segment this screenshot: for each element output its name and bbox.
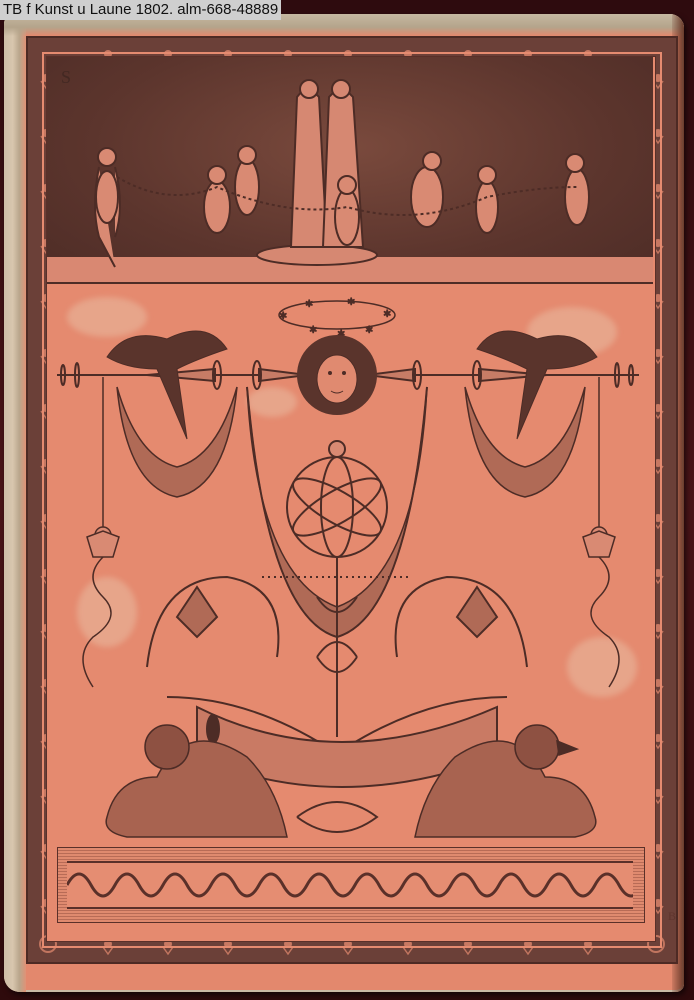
mask-face	[297, 335, 377, 415]
svg-text:✶: ✶	[383, 309, 391, 320]
svg-text:✶: ✶	[365, 325, 373, 336]
plate-mark-b: B	[668, 909, 676, 924]
svg-text:✶: ✶	[309, 325, 317, 336]
svg-text:✶: ✶	[305, 299, 313, 310]
two-muses-statue	[257, 80, 377, 265]
wave-frieze	[67, 861, 633, 909]
spine-edge	[4, 14, 26, 992]
image-caption-label: TB f Kunst u Laune 1802. alm-668-48889	[0, 0, 281, 20]
intertwined-tails	[297, 802, 377, 832]
wave-pattern	[67, 863, 633, 907]
drapery-swags	[117, 387, 585, 637]
almanac-cover: S	[4, 14, 684, 992]
svg-text:✶: ✶	[347, 297, 355, 308]
engraving-panel: S	[46, 56, 656, 942]
engraving-artwork: ✶ ✶ ✶ ✶ ✶ ✶ ✶	[47, 57, 655, 941]
star-wreath: ✶ ✶ ✶ ✶ ✶ ✶ ✶	[279, 297, 395, 340]
caduceus-ornament	[317, 557, 357, 737]
svg-text:✶: ✶	[279, 311, 287, 322]
armillary-sphere	[286, 441, 389, 557]
ornamental-border: S	[26, 36, 678, 964]
